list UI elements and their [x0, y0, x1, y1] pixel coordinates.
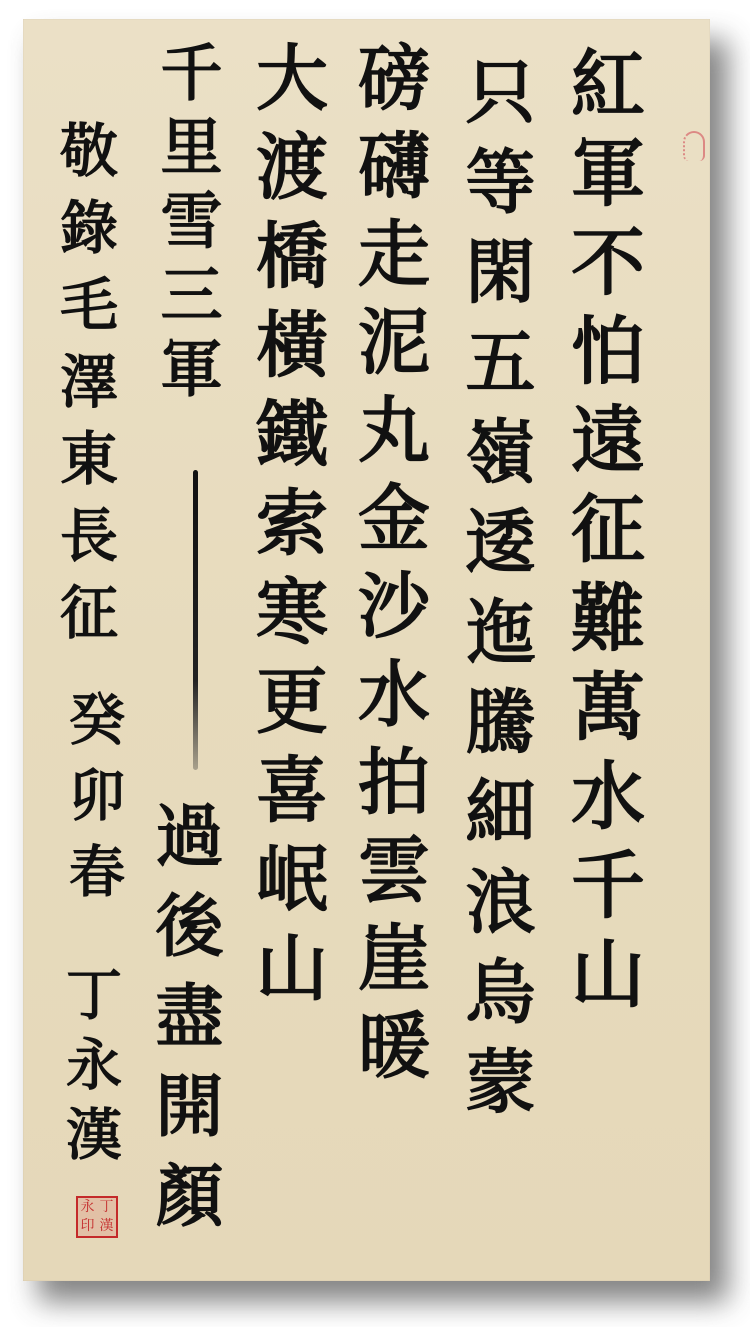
poem-column-4: 大渡橋橫鐵索寒更喜岷山 [250, 40, 322, 1019]
poem-column-3: 磅礴走泥丸金沙水拍雲崖暖 [352, 40, 424, 1096]
seal-char: 丁 [97, 1198, 116, 1217]
long-vertical-brush-stroke [193, 470, 198, 770]
seal-char: 永 [78, 1198, 97, 1217]
seal-char: 印 [78, 1217, 97, 1236]
poem-column-2: 只等閑五嶺逶迤騰細浪烏蒙 [460, 55, 530, 1135]
poem-column-5-continued: 過後盡開顏 [150, 800, 218, 1250]
poem-column-1: 紅軍不怕遠征難萬水千山 [565, 45, 639, 1024]
inscription-date: 癸卯春 [65, 690, 121, 918]
poem-column-5: 千里雪三軍 [155, 40, 217, 410]
artist-signature: 丁永漢 [62, 965, 118, 1175]
name-seal-icon: 永 丁 印 漢 [76, 1196, 118, 1238]
inscription-title: 敬錄毛澤東長征 [55, 120, 113, 659]
leading-seal-icon [683, 131, 705, 161]
seal-char: 漢 [97, 1217, 116, 1236]
